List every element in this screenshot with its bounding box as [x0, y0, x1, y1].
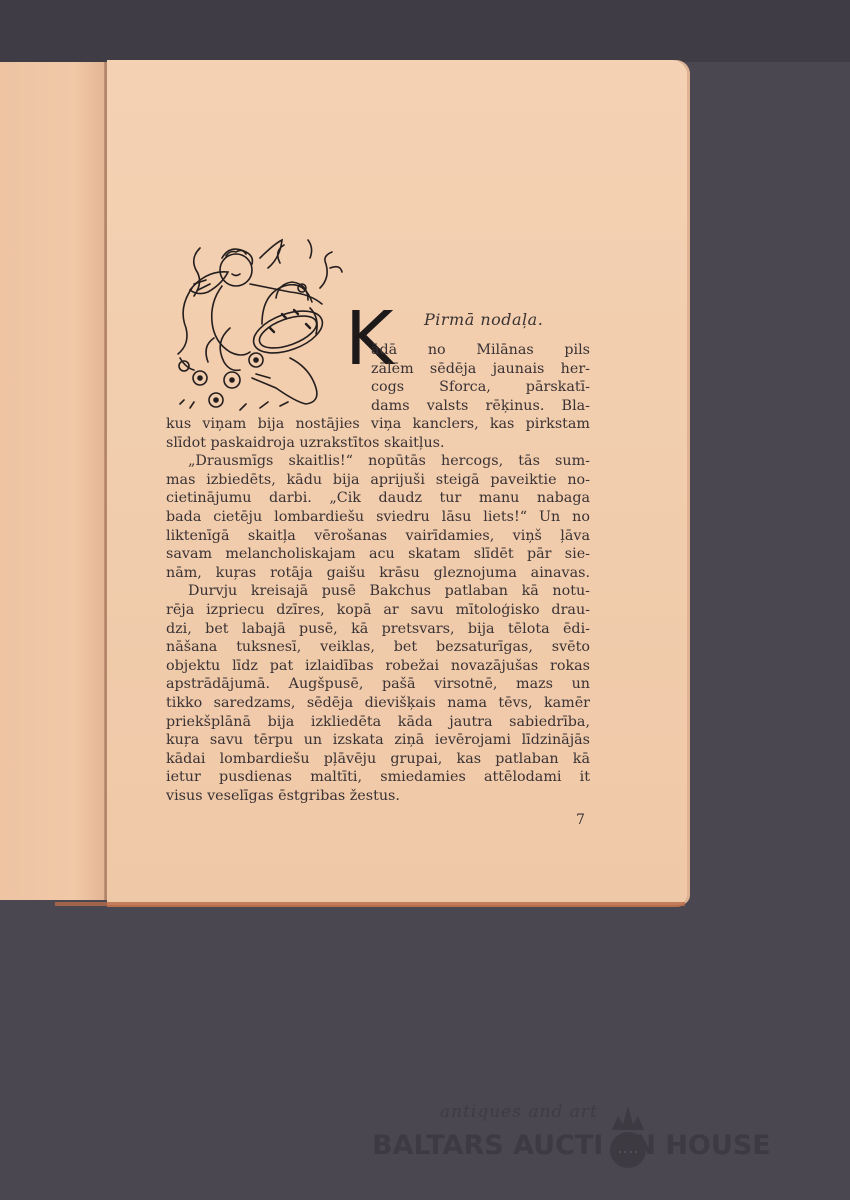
text-line: liktenīgā skaitļa vērošanas vairīdamies,… [166, 527, 590, 546]
left-page [0, 62, 106, 900]
text-line: bada cietēju lombardiešu sviedru lāsu li… [166, 508, 590, 527]
watermark-tagline: antiques and art [440, 1102, 598, 1122]
cherub-crown-ornament-icon [170, 228, 345, 414]
cover-edge [55, 902, 685, 906]
text-line: tikko saredzams, sēdēja dievišķais nama … [166, 694, 590, 713]
page-number: 7 [576, 812, 585, 828]
text-line: cogs Sforca, pārskatī- [371, 378, 590, 397]
text-line: apstrādājumā. Augšpusē, pašā virsotnē, m… [166, 675, 590, 694]
body-text: kus viņam bija nostājies viņa kanclers, … [166, 415, 590, 805]
text-line: Durvju kreisajā pusē Bakchus patlaban kā… [166, 582, 590, 601]
text-line: „Drausmīgs skaitlis!“ nopūtās hercogs, t… [166, 452, 590, 471]
crown-icon [608, 1104, 648, 1170]
text-line: rēja izpriecu dzīres, kopā ar savu mītol… [166, 601, 590, 620]
text-line: kuŗa savu tērpu un izskata ziņā ievēroja… [166, 731, 590, 750]
text-line: mas izbiedēts, kādu bija aprijuši steigā… [166, 471, 590, 490]
text-line: zālēm sēdēja jaunais her- [371, 360, 590, 379]
drop-cap-paragraph: ādā no Milānas pils zālēm sēdēja jaunais… [371, 341, 590, 415]
watermark-name-part1: BALTARS AUCTI [372, 1130, 603, 1161]
text-line: priekšplānā bija izkliedēta kāda jautra … [166, 713, 590, 732]
text-line: slīdot paskaidroja uzrakstītos skaitļus. [166, 434, 590, 453]
watermark-name: BALTARS AUCTIN HOUSE [372, 1130, 771, 1161]
text-line: savam melancholiskajam acu skatam slīdēt… [166, 545, 590, 564]
text-line: objektu līdz pat izlaidības robežai nova… [166, 657, 590, 676]
text-line: dzi, bet labajā pusē, kā pretsvars, bija… [166, 620, 590, 639]
text-line: dams valsts rēķinus. Bla- [371, 397, 590, 416]
text-line: nām, kuŗas rotāja gaišu krāsu gleznojuma… [166, 564, 590, 583]
text-line: cietinājumu darbi. „Cik daudz tur manu n… [166, 489, 590, 508]
background-top [0, 0, 850, 62]
watermark-name-part2: N HOUSE [633, 1130, 770, 1161]
text-line: ādā no Milānas pils [371, 341, 590, 360]
text-line: visus veselīgas ēstgribas žestus. [166, 787, 590, 806]
watermark-logo: antiques and art BALTARS AUCTIN HOUSE [372, 1100, 772, 1170]
text-line: ietur pusdienas maltīti, smiedamies attē… [166, 768, 590, 787]
text-line: nāšana tuksnesī, veiklas, bet bezsaturīg… [166, 638, 590, 657]
text-line: kus viņam bija nostājies viņa kanclers, … [166, 415, 590, 434]
chapter-title: Pirmā nodaļa. [424, 310, 543, 329]
text-line: kādai lombardiešu pļāvēju grupai, kas pa… [166, 750, 590, 769]
